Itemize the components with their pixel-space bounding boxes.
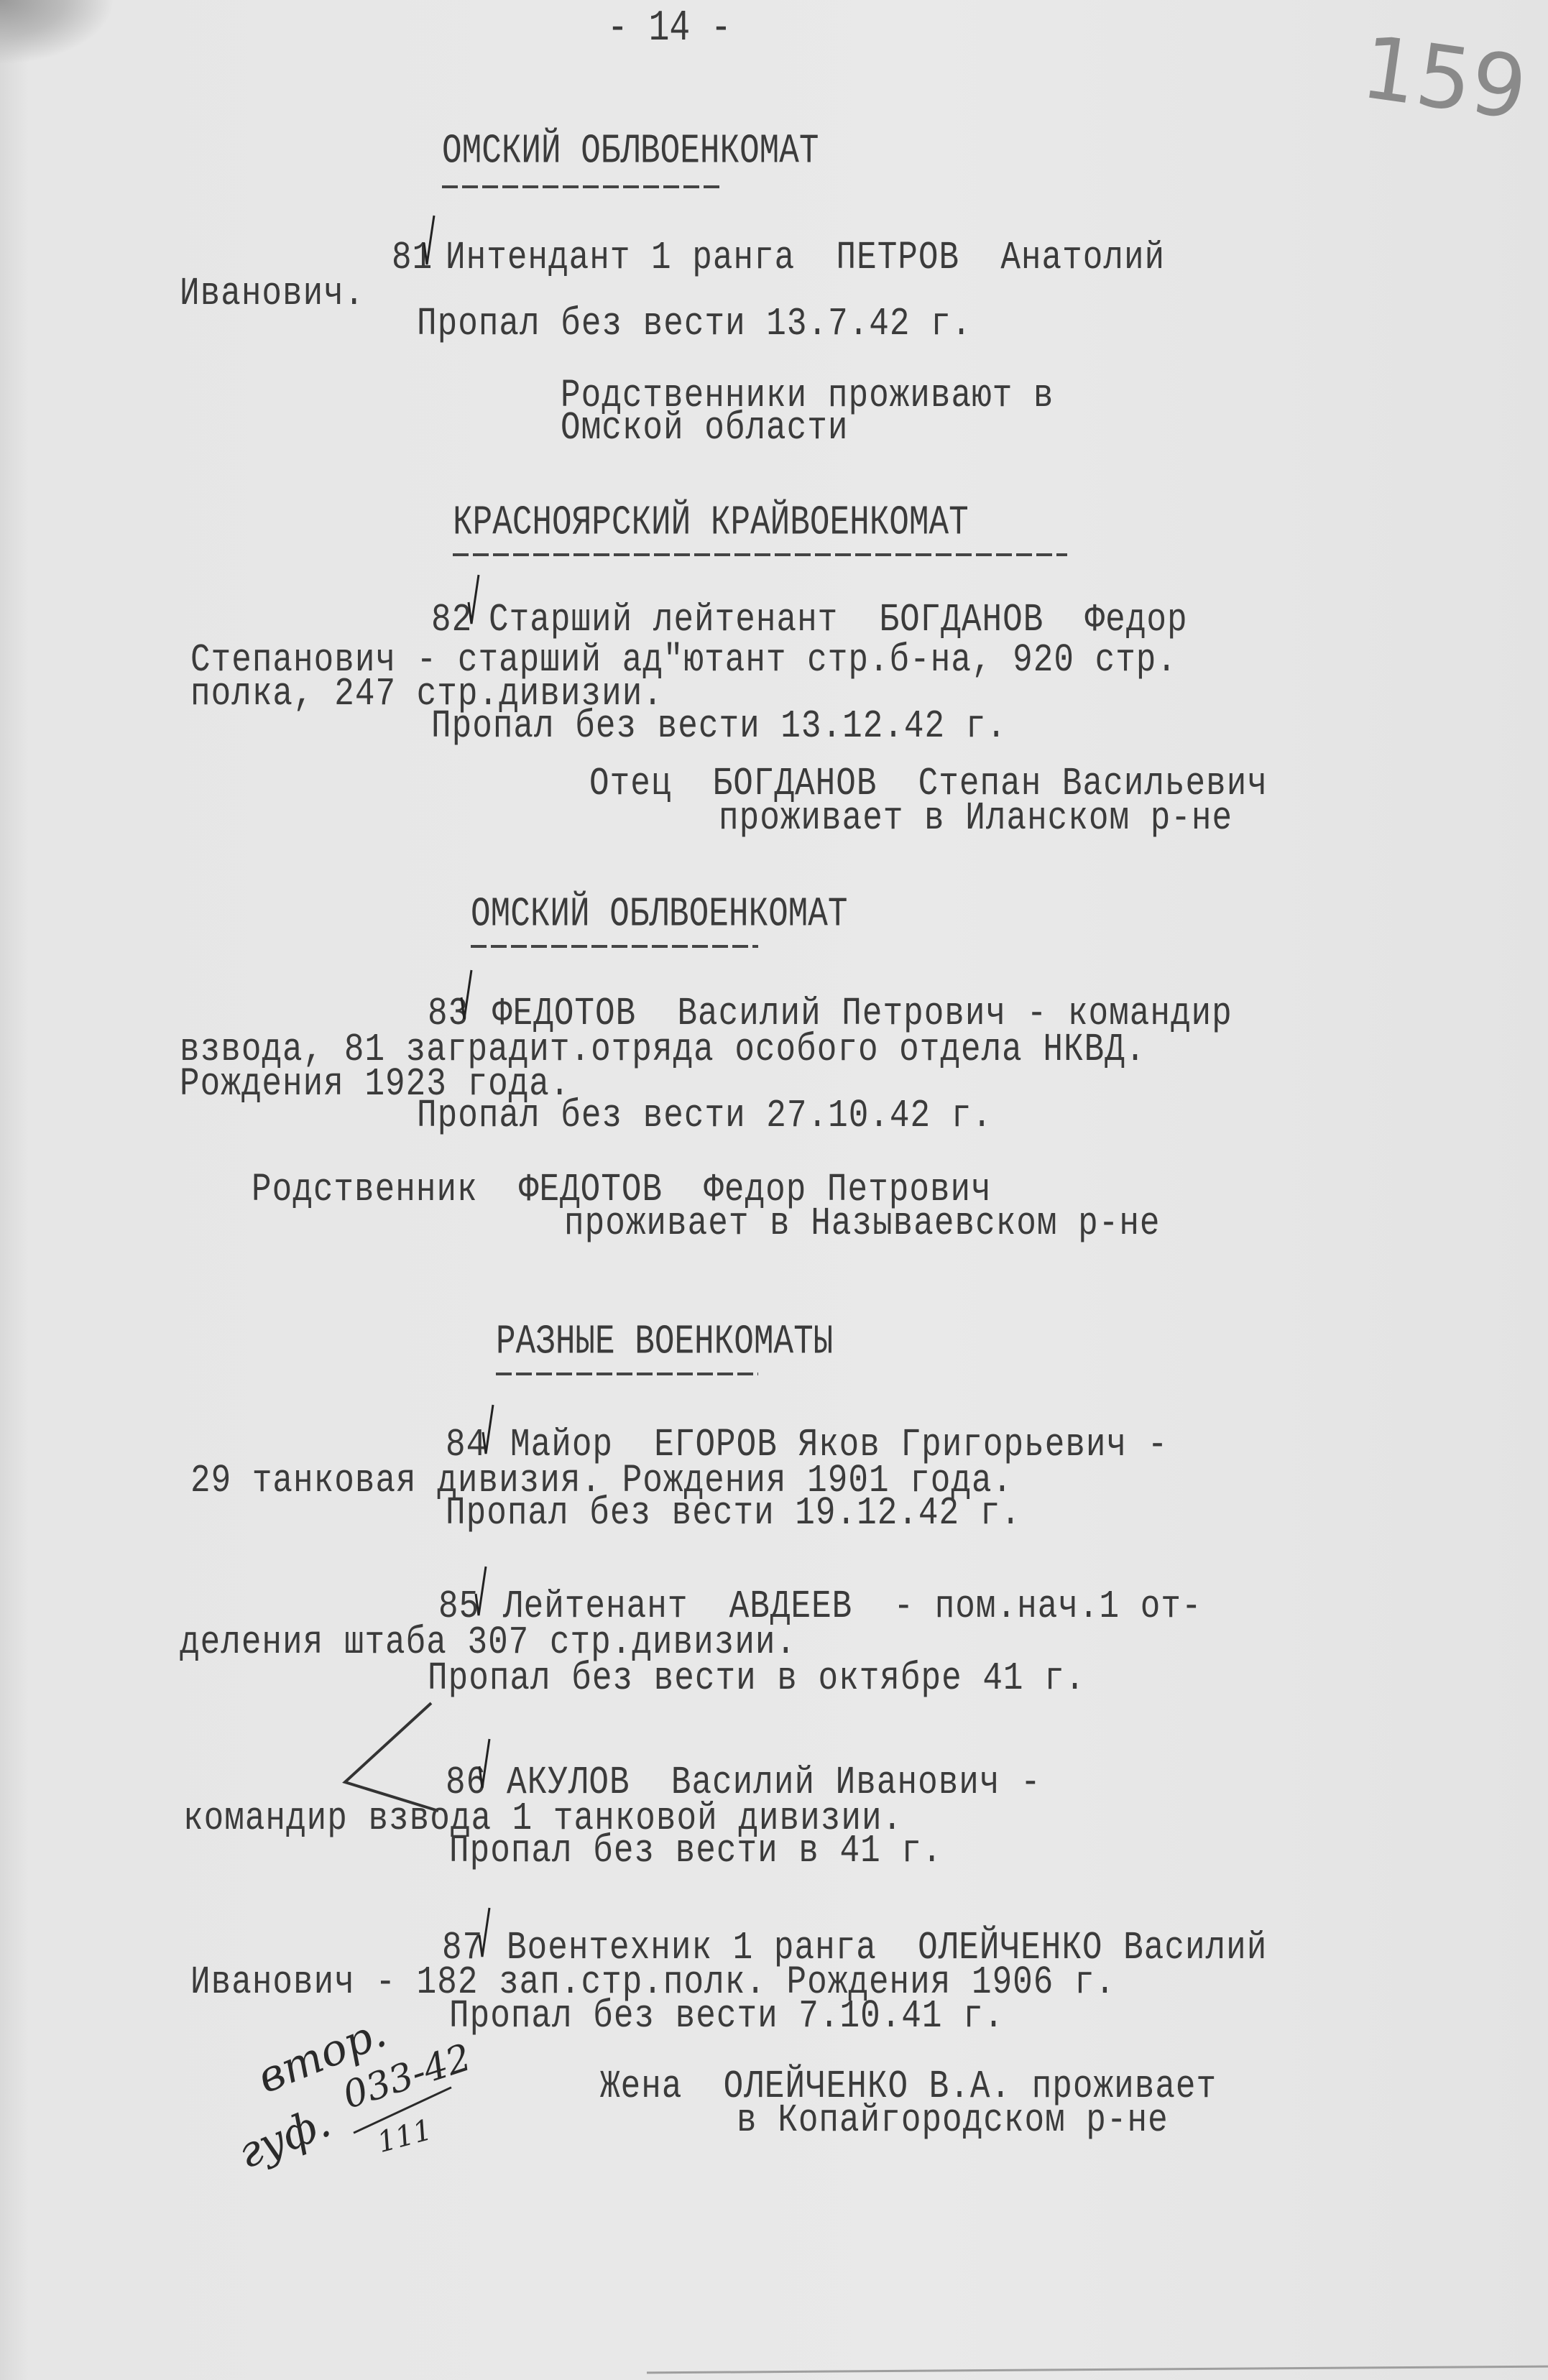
section-heading-omsk-1: ОМСКИЙ ОБЛВОЕНКОМАТ [442, 128, 819, 175]
checkmark-icon [474, 1567, 487, 1617]
section-heading-krasnoyarsk: КРАСНОЯРСКИЙ КРАЙВОЕНКОМАТ [453, 499, 969, 546]
entry-line: Иванович. [180, 272, 364, 315]
heading-underline [471, 945, 758, 948]
missing-date-line: Пропал без вести 13.7.42 г. [417, 302, 972, 346]
relatives-line: в Копайгородском р-не [737, 2098, 1169, 2142]
checkmark-icon [478, 1739, 491, 1789]
section-heading-omsk-2: ОМСКИЙ ОБЛВОЕНКОМАТ [471, 891, 848, 938]
archive-sheet-number: 159 [1355, 18, 1532, 140]
missing-date-line: Пропал без вести 27.10.42 г. [417, 1094, 992, 1138]
entry-number: 82 [431, 598, 472, 642]
heading-underline [442, 185, 722, 188]
heading-underline [496, 1373, 758, 1375]
section-heading-various: РАЗНЫЕ ВОЕНКОМАТЫ [496, 1319, 833, 1365]
page-number: - 14 - [607, 4, 732, 53]
missing-date-line: Пропал без вести 13.12.42 г. [431, 704, 1007, 748]
checkmark-icon [467, 575, 480, 625]
missing-date-line: Пропал без вести в 41 г. [449, 1829, 943, 1873]
missing-date-line: Пропал без вести в октябре 41 г. [428, 1656, 1085, 1700]
relatives-line: проживает в Называевском р-не [564, 1201, 1161, 1245]
missing-date-line: Пропал без вести 19.12.42 г. [446, 1491, 1021, 1535]
missing-date-line: Пропал без вести 7.10.41 г. [449, 1994, 1004, 2038]
page-bottom-edge [647, 2366, 1548, 2374]
entry-line: Интендант 1 ранга ПЕТРОВ Анатолий [446, 236, 1165, 280]
handwritten-text: гуф. [231, 2097, 338, 2179]
heading-underline [453, 553, 1067, 556]
checkmark-icon [482, 1405, 494, 1455]
relatives-line: Омской области [561, 406, 848, 450]
checkmark-icon [460, 970, 473, 1020]
checkmark-icon [478, 1908, 491, 1958]
entry-line: Старший лейтенант БОГДАНОВ Федор [489, 598, 1188, 642]
relatives-line: проживает в Иланском р-не [719, 796, 1233, 840]
folded-corner [0, 0, 115, 65]
checkmark-icon [423, 216, 436, 266]
archival-document-page: - 14 - 159 ОМСКИЙ ОБЛВОЕНКОМАТ 81 Интенд… [0, 0, 1548, 2380]
